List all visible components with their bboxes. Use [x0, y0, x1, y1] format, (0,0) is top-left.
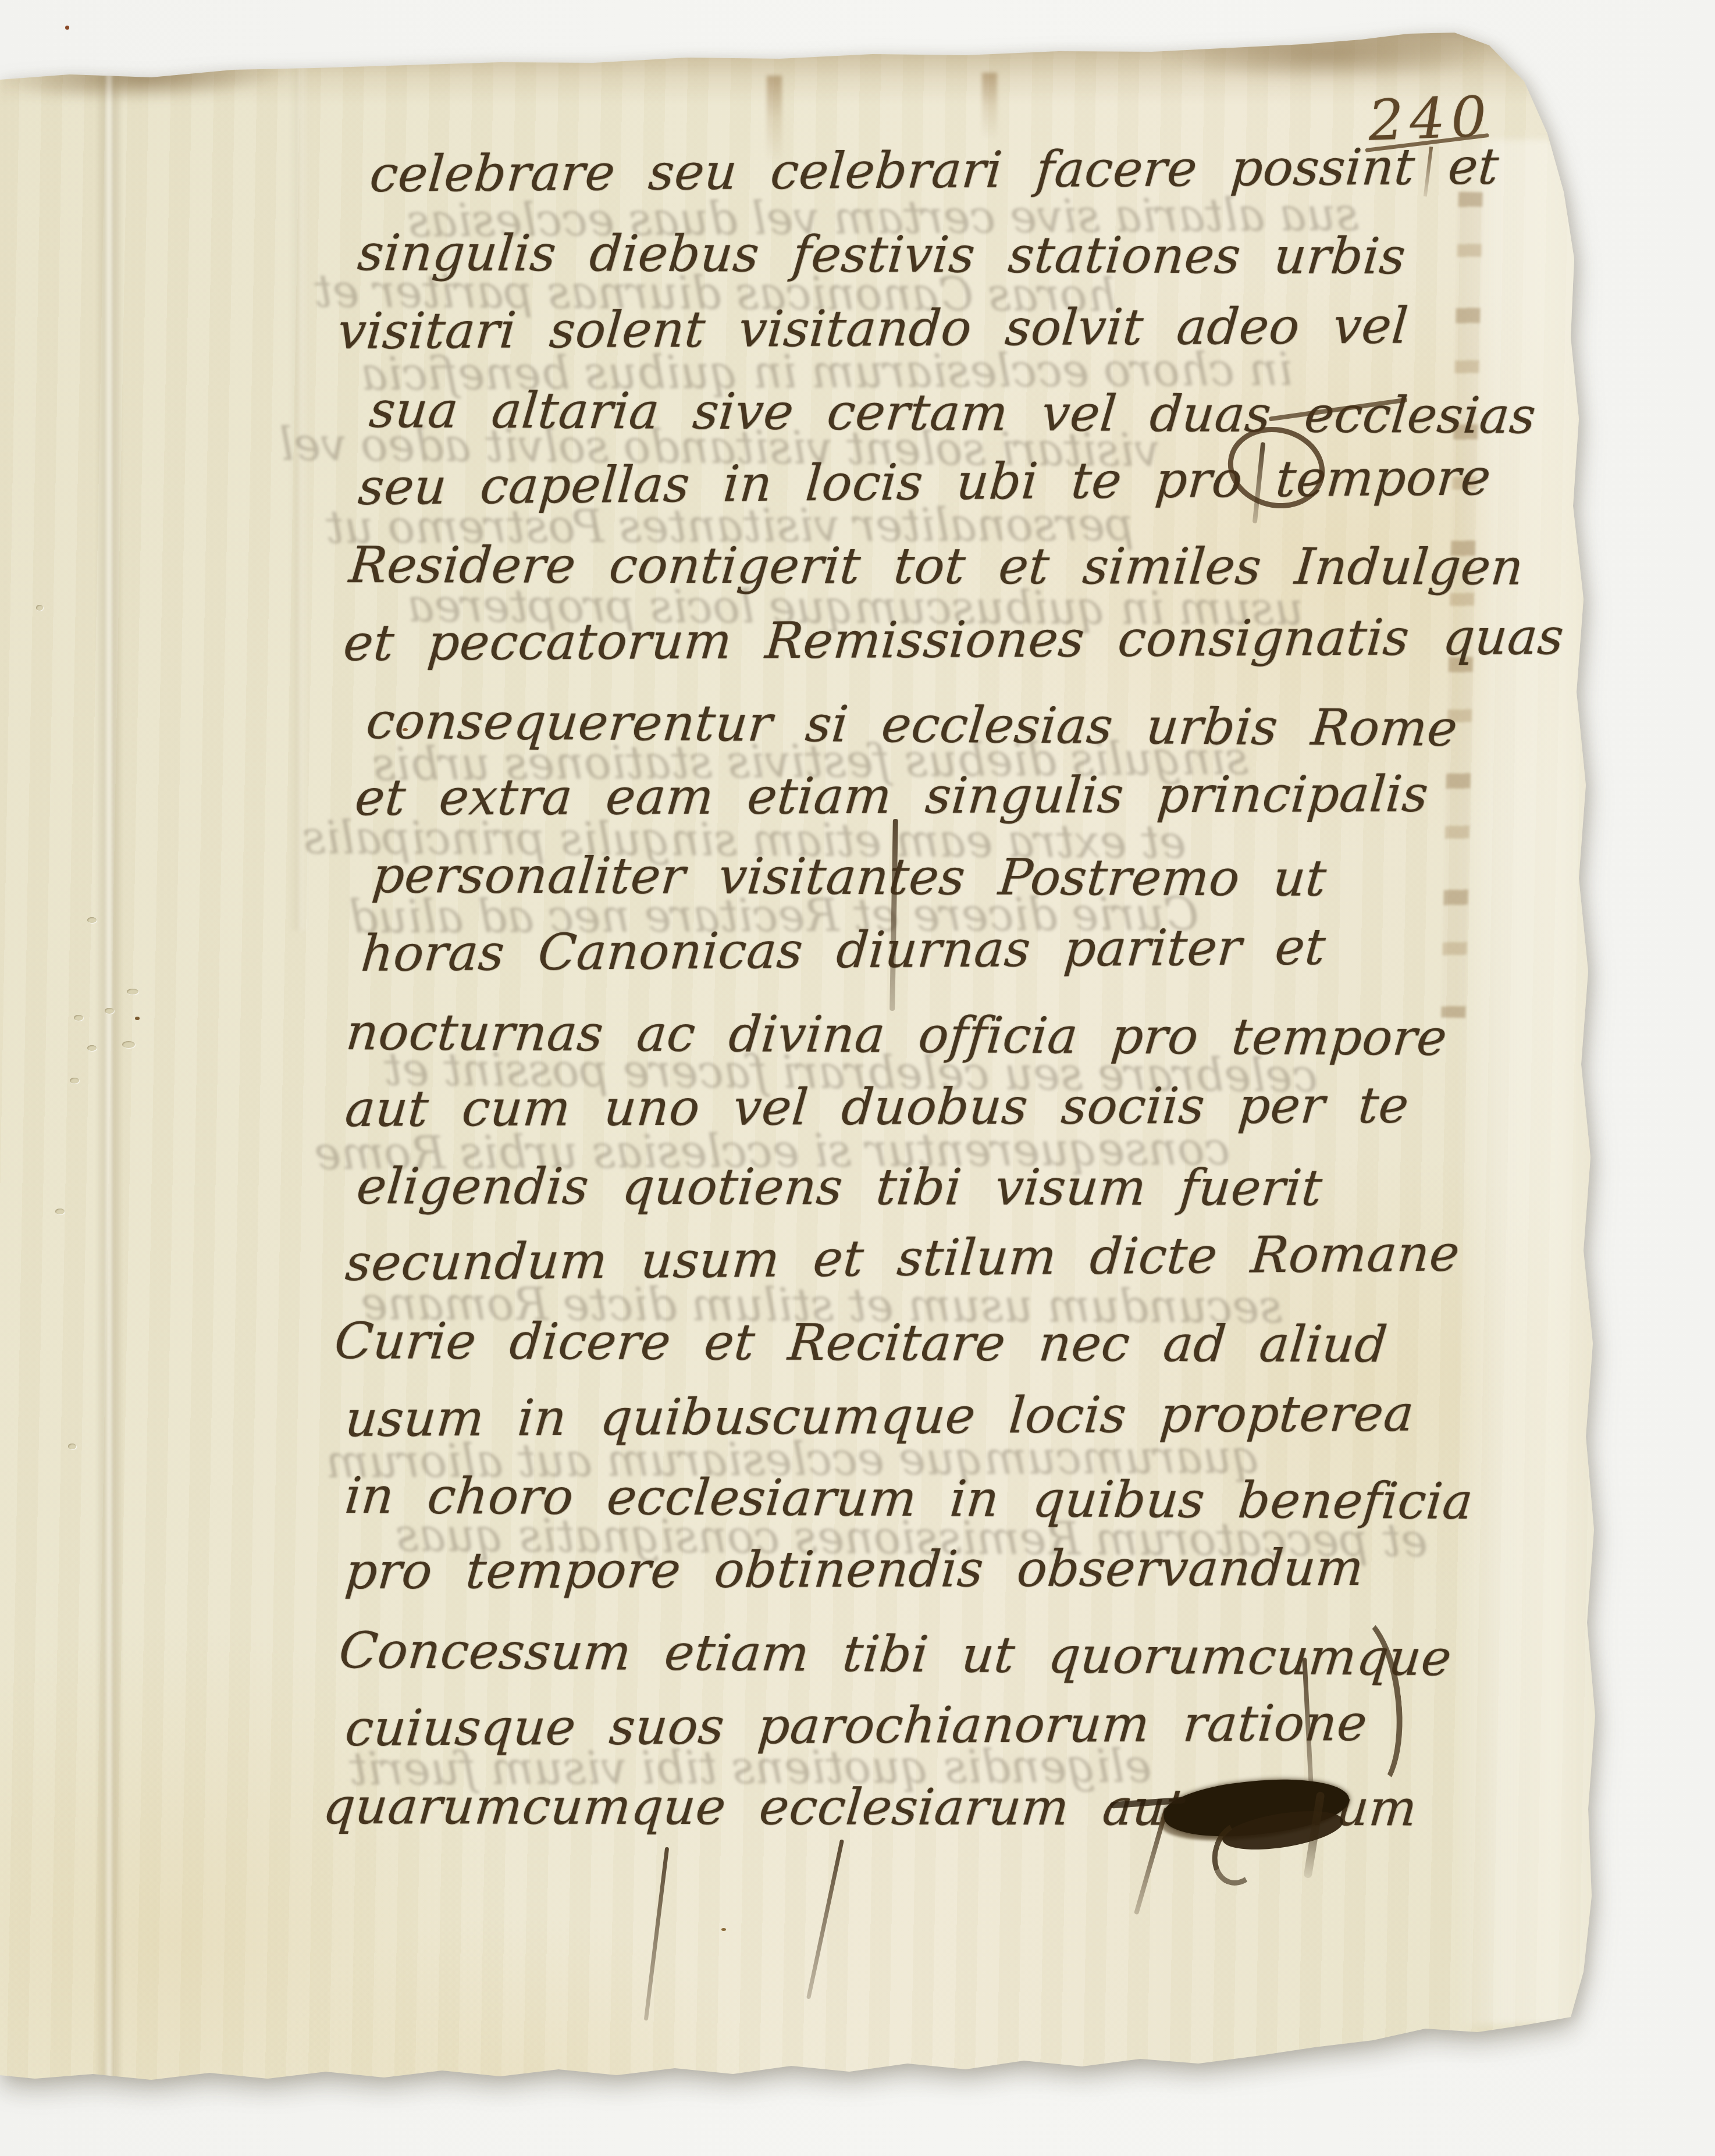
manuscript-line: eligendis quotiens tibi visum fuerit	[354, 1157, 1325, 1217]
manuscript-line: sua altaria sive certam vel duas ecclesi…	[367, 381, 1539, 445]
manuscript-line: et peccatorum Remissiones consignatis qu…	[341, 608, 1566, 672]
paper-hole	[36, 605, 43, 611]
manuscript-line: cuiusque suos parochianorum ratione	[343, 1694, 1369, 1758]
manuscript-line: Curie dicere et Recitare nec ad aliud	[332, 1312, 1390, 1374]
manuscript-line: pro tempore obtinendis observandum	[343, 1539, 1367, 1601]
descender-stroke	[644, 1847, 670, 2021]
manuscript-line: consequerentur si ecclesias urbis Rome	[364, 692, 1460, 758]
paper-hole	[68, 1444, 76, 1449]
manuscript-line: singulis diebus festivis stationes urbis	[355, 224, 1408, 286]
manuscript-line: personaliter visitantes Postremo ut	[370, 846, 1329, 908]
manuscript-line: Concessum etiam tibi ut quorumcumque	[337, 1622, 1454, 1687]
manuscript-line: celebrare seu celebrari facere possint e…	[368, 137, 1501, 204]
paper-hole	[87, 917, 97, 923]
background-speck	[65, 26, 69, 30]
scanned-manuscript: sua altaria sive certam vel duas ecclesi…	[0, 0, 1715, 2156]
fiber-speck	[721, 1928, 726, 1931]
manuscript-line: horas Canonicas diurnas pariter et	[359, 918, 1328, 983]
manuscript-line: visitari solent visitando solvit adeo ve…	[336, 297, 1411, 361]
manuscript-page: sua altaria sive certam vel duas ecclesi…	[0, 0, 1715, 2156]
paper-hole	[74, 1015, 83, 1021]
paper-hole	[127, 989, 138, 995]
manuscript-line: aut cum uno vel duobus sociis per te	[343, 1077, 1411, 1138]
paper-hole	[122, 1041, 135, 1048]
manuscript-line: et extra eam etiam singulis principalis	[353, 765, 1431, 827]
manuscript-line: in choro ecclesiarum in quibus beneficia	[343, 1467, 1476, 1531]
descender-stroke	[806, 1839, 844, 1999]
paper-hole	[55, 1209, 65, 1214]
manuscript-line: nocturnas ac divina officia pro tempore	[344, 1003, 1450, 1067]
manuscript-line: secundum usum et stilum dicte Romane	[343, 1224, 1462, 1292]
edge-drip-stain	[982, 73, 997, 140]
top-edge-stain-right	[1164, 29, 1489, 81]
fold-crease	[95, 0, 123, 2156]
paper-hole	[70, 1078, 79, 1084]
paper-hole	[105, 1008, 114, 1014]
paper-hole	[87, 1045, 97, 1051]
fiber-speck	[135, 1017, 140, 1020]
manuscript-line: usum in quibuscumque locis propterea	[343, 1384, 1417, 1448]
manuscript-line: Residere contigerit tot et similes Indul…	[347, 536, 1526, 597]
